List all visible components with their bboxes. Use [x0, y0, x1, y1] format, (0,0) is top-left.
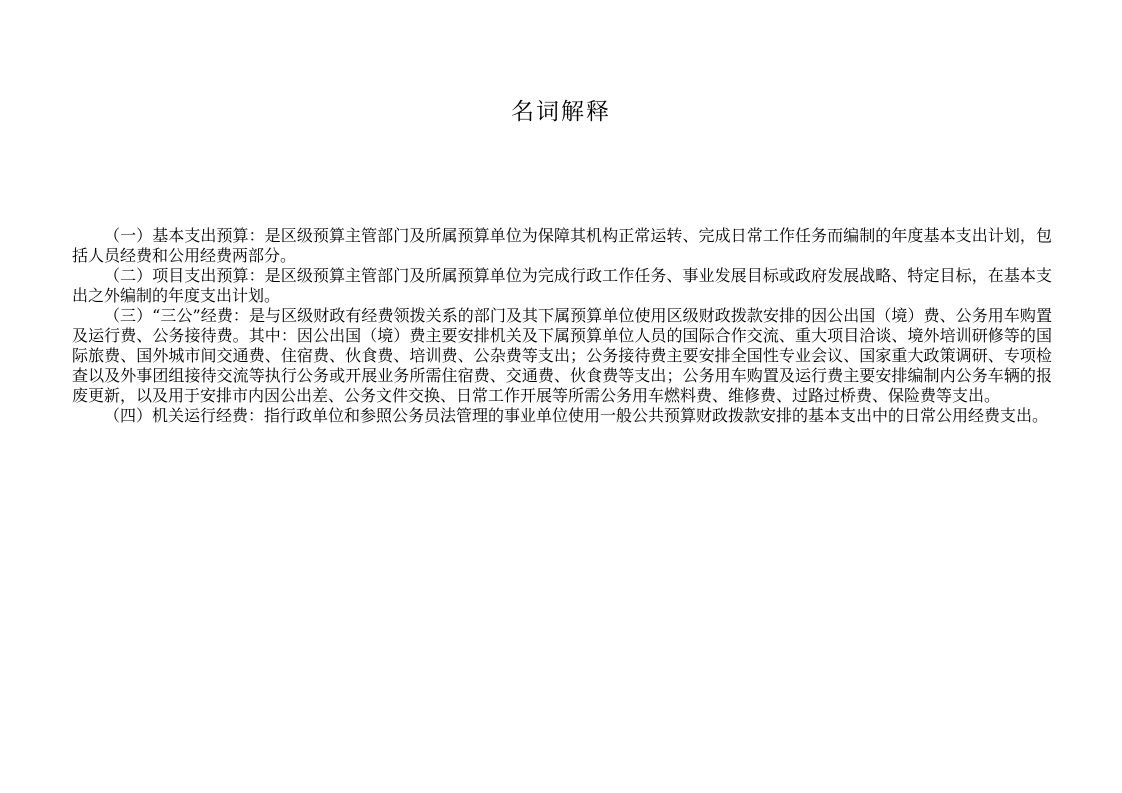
paragraph-project-expenditure-budget: （二）项目支出预算：是区级预算主管部门及所属预算单位为完成行政工作任务、事业发展… [72, 266, 1052, 306]
paragraph-basic-expenditure-budget: （一）基本支出预算：是区级预算主管部门及所属预算单位为保障其机构正常运转、完成日… [72, 226, 1052, 266]
document-title: 名词解释 [0, 97, 1122, 127]
paragraph-agency-operating-expenses: （四）机关运行经费：指行政单位和参照公务员法管理的事业单位使用一般公共预算财政拨… [72, 406, 1052, 426]
paragraph-three-public-expenses: （三）“三公”经费：是与区级财政有经费领拨关系的部门及其下属预算单位使用区级财政… [72, 306, 1052, 406]
document-body: （一）基本支出预算：是区级预算主管部门及所属预算单位为保障其机构正常运转、完成日… [72, 226, 1052, 426]
document-page: 名词解释 （一）基本支出预算：是区级预算主管部门及所属预算单位为保障其机构正常运… [0, 0, 1122, 793]
